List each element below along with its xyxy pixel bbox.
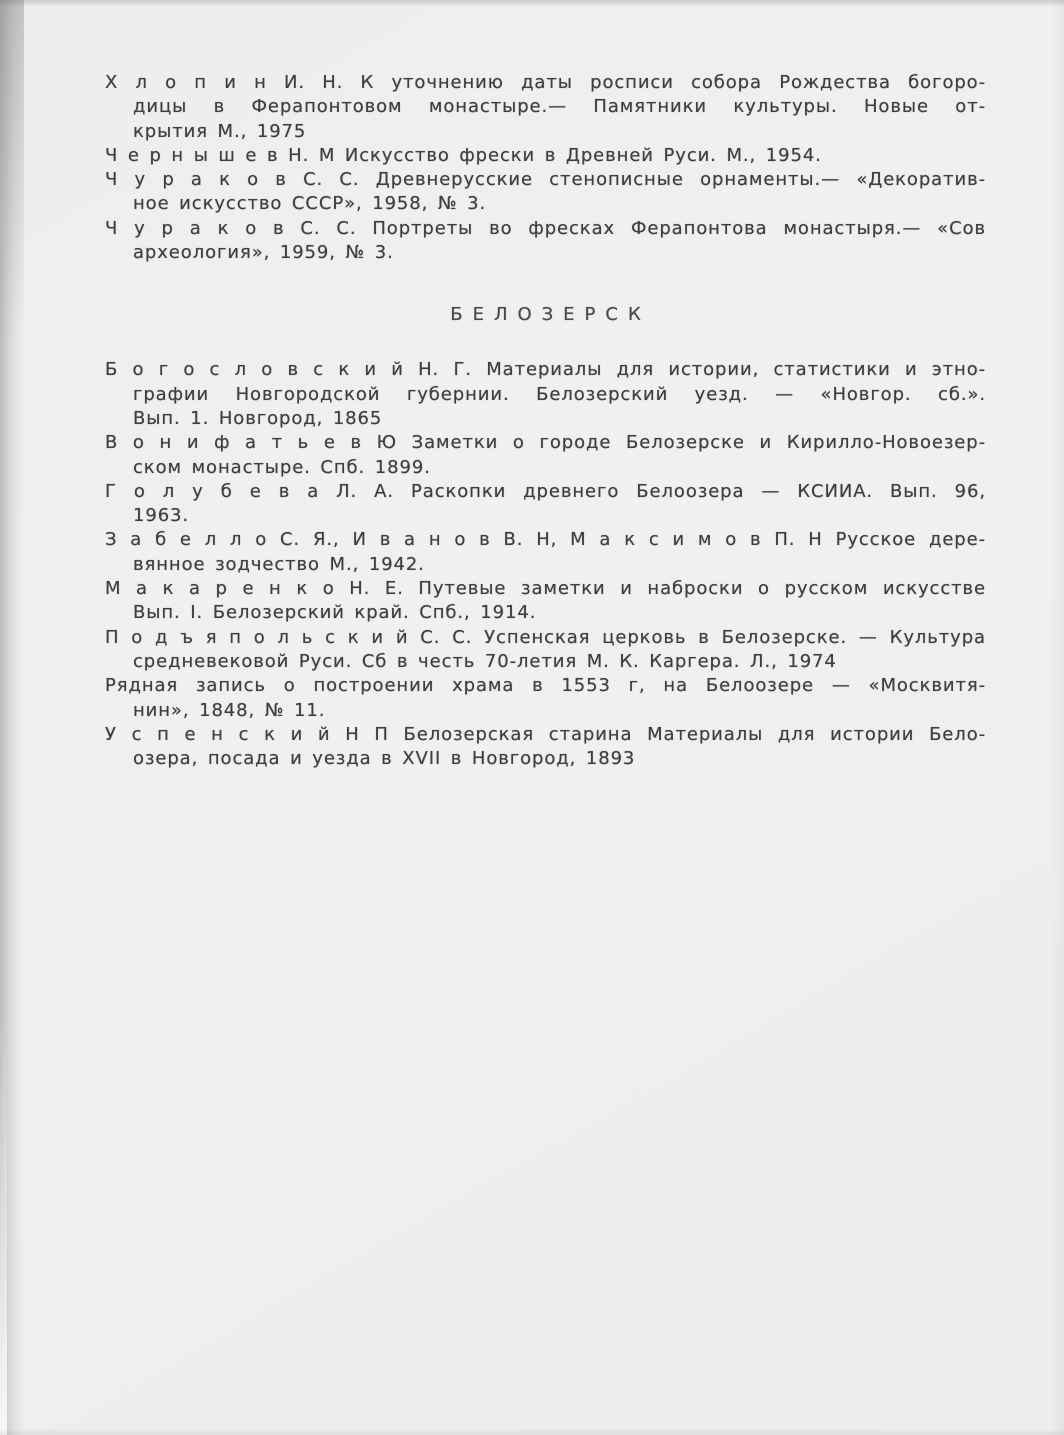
bib-entry-line: Ч у р а к о в С. С. Древнерусские стеноп… — [105, 168, 986, 192]
bib-entry-line: М а к а р е н к о Н. Е. Путевые заметки … — [105, 577, 986, 601]
bib-entry: Ч у р а к о в С. С. Древнерусские стеноп… — [105, 168, 986, 217]
bib-entry: Б о г о с л о в с к и й Н. Г. Материалы … — [105, 358, 986, 431]
bib-entry-line: У с п е н с к и й Н П Белозерская старин… — [105, 723, 986, 747]
bib-entry-line: Х л о п и н И. Н. К уточнению даты роспи… — [105, 71, 986, 95]
bib-entry-line: дицы в Ферапонтовом монастыре.— Памятник… — [133, 95, 986, 119]
bib-entry-line: средневековой Руси. Сб в честь 70-летия … — [133, 650, 986, 674]
bib-entry-line: З а б е л л о С. Я., И в а н о в В. Н, М… — [105, 528, 986, 552]
bib-entry-line: В о н и ф а т ь е в Ю Заметки о городе Б… — [105, 431, 986, 455]
scan-edge-top — [0, 0, 1064, 7]
bib-entry: П о д ъ я п о л ь с к и й С. С. Успенска… — [105, 626, 986, 675]
bib-entry: М а к а р е н к о Н. Е. Путевые заметки … — [105, 577, 986, 626]
bib-entry-line: Ч е р н ы ш е в Н. М Искусство фрески в … — [105, 144, 986, 168]
bib-entry: Г о л у б е в а Л. А. Раскопки древнего … — [105, 480, 986, 529]
bib-entry-line: археология», 1959, № 3. — [133, 241, 986, 265]
bib-entry-line: вянное зодчество М., 1942. — [133, 553, 986, 577]
bib-entry-line: ском монастыре. Спб. 1899. — [133, 456, 986, 480]
bib-entry-line: графии Новгородской губернии. Белозерски… — [133, 383, 986, 407]
bib-entry-line: крытия М., 1975 — [133, 120, 986, 144]
bib-entry-line: ное искусство СССР», 1958, № 3. — [133, 192, 986, 216]
bib-entry-line: Ч у р а к о в С. С. Портреты во фресках … — [105, 217, 986, 241]
bib-entry-line: Вып. 1. Новгород, 1865 — [133, 407, 986, 431]
bib-entry: В о н и ф а т ь е в Ю Заметки о городе Б… — [105, 431, 986, 480]
bib-entry-line: Г о л у б е в а Л. А. Раскопки древнего … — [105, 480, 986, 504]
bib-entry-line: Б о г о с л о в с к и й Н. Г. Материалы … — [105, 358, 986, 382]
bib-entry: Рядная запись о построении храма в 1553 … — [105, 674, 986, 723]
bib-entry-line: П о д ъ я п о л ь с к и й С. С. Успенска… — [105, 626, 986, 650]
bib-entry: Х л о п и н И. Н. К уточнению даты роспи… — [105, 71, 986, 144]
scanned-page: Х л о п и н И. Н. К уточнению даты роспи… — [0, 0, 1064, 1435]
section-heading-belozersk: БЕЛОЗЕРСК — [105, 303, 986, 327]
bib-entry-line: Рядная запись о построении храма в 1553 … — [105, 674, 986, 698]
bib-entry-line: Вып. I. Белозерский край. Спб., 1914. — [133, 601, 986, 625]
scan-edge-bottom — [0, 1428, 1064, 1435]
bibliography-section-belozersk: Б о г о с л о в с к и й Н. Г. Материалы … — [105, 358, 986, 771]
bib-entry: Ч у р а к о в С. С. Портреты во фресках … — [105, 217, 986, 266]
bib-entry-line: озера, посада и уезда в XVII в Новгород,… — [133, 747, 986, 771]
scan-edge-left-shadow — [0, 0, 24, 1435]
bib-entry: Ч е р н ы ш е в Н. М Искусство фрески в … — [105, 144, 986, 168]
bib-entry: У с п е н с к и й Н П Белозерская старин… — [105, 723, 986, 772]
scan-edge-right — [1052, 0, 1064, 1435]
bibliography-section-ferapontovo: Х л о п и н И. Н. К уточнению даты роспи… — [105, 71, 986, 265]
bib-entry-line: 1963. — [133, 504, 986, 528]
bib-entry-line: нин», 1848, № 11. — [133, 699, 986, 723]
bibliography: Х л о п и н И. Н. К уточнению даты роспи… — [105, 71, 986, 771]
bib-entry: З а б е л л о С. Я., И в а н о в В. Н, М… — [105, 528, 986, 577]
